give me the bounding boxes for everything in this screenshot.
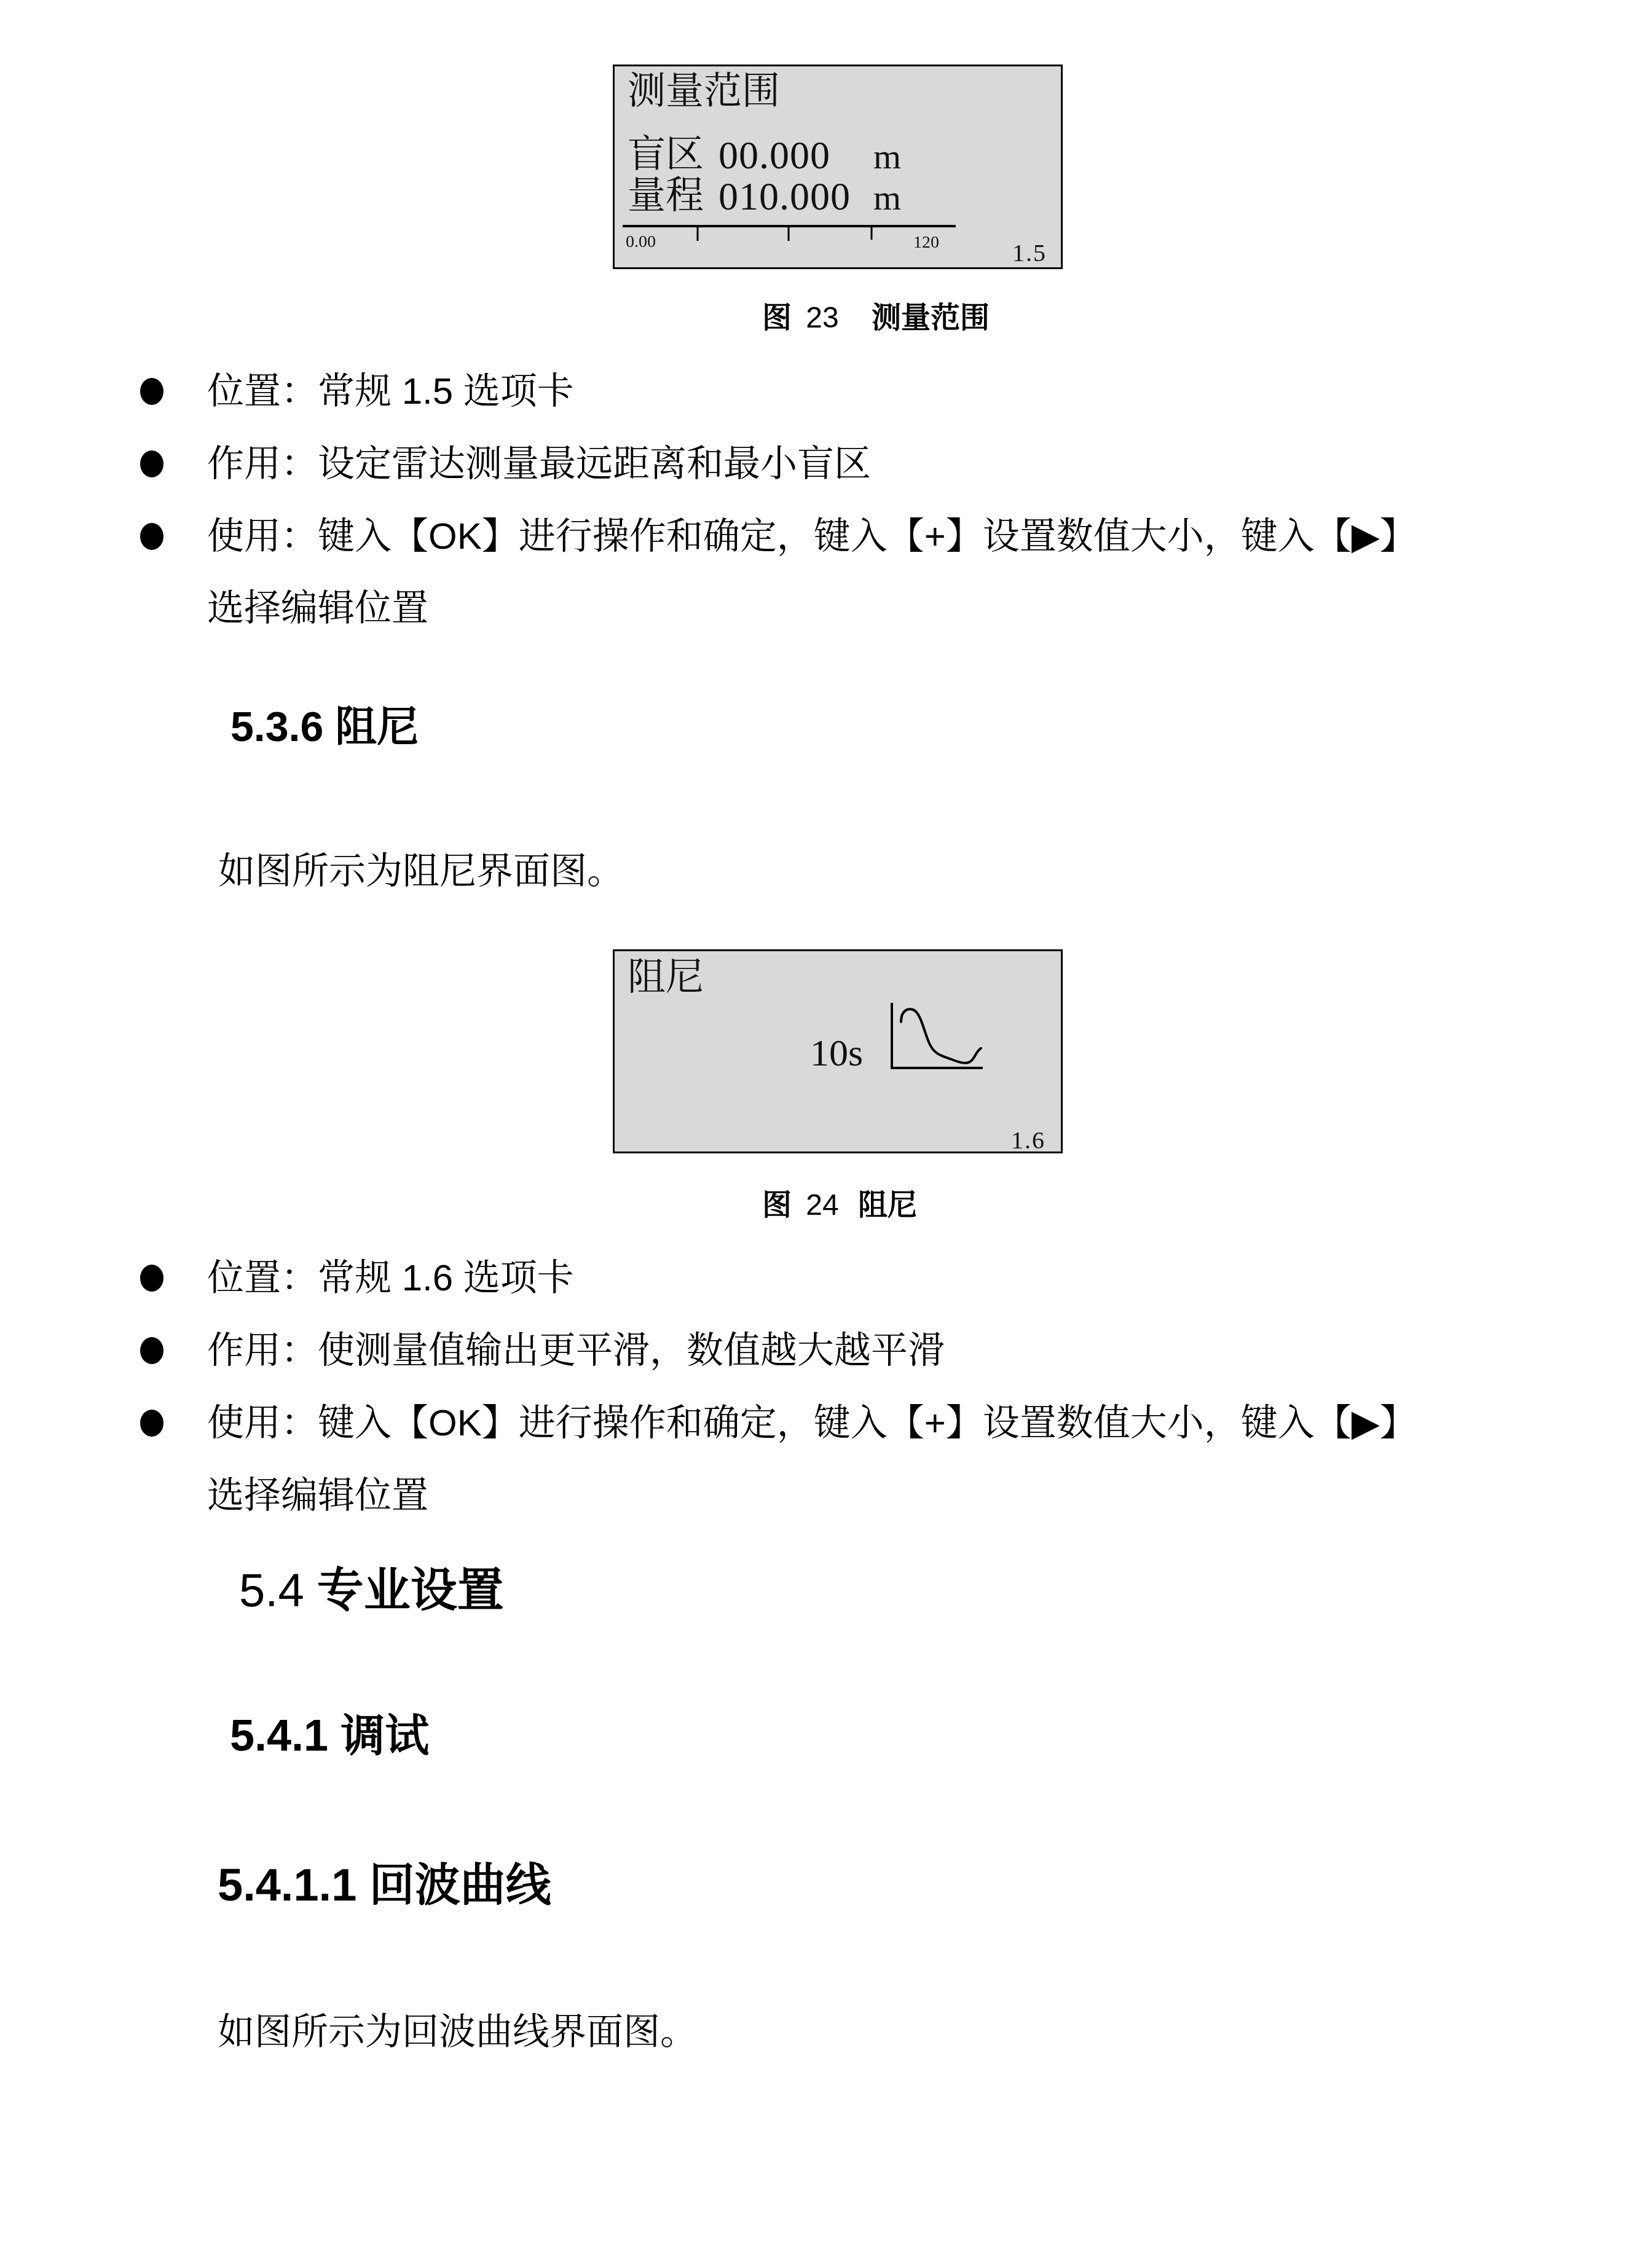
damping-curve-icon: [615, 951, 1061, 1152]
caption-number: 23: [806, 302, 838, 334]
figure-caption-23: 图 23 测量范围: [762, 300, 990, 337]
lcd-damping: 阻尼 10s 1.6: [613, 949, 1063, 1153]
section-heading-5-4-1-1: 5.4.1.1 回波曲线: [218, 1858, 551, 1913]
caption-title: 阻尼: [858, 1189, 917, 1222]
caption-prefix: 图: [762, 302, 792, 334]
lcd-tab-number: 1.5: [1012, 241, 1047, 265]
caption-prefix: 图: [762, 1189, 792, 1222]
bullet-function: 作用：设定雷达测量最远距离和最小盲区: [207, 442, 871, 485]
section-intro-damping: 如图所示为阻尼界面图。: [218, 850, 624, 893]
scale-min-label: 0.00: [626, 233, 656, 251]
section-title: 专业设置: [317, 1564, 504, 1617]
scale-bar-icon: [615, 66, 1061, 267]
section-number: 5.4: [239, 1564, 304, 1617]
bullet-icon: [140, 1410, 163, 1437]
section-intro-echo-curve: 如图所示为回波曲线界面图。: [218, 2011, 697, 2054]
bullet-location: 位置：常规 1.5 选项卡: [207, 370, 574, 413]
bullet-location: 位置：常规 1.6 选项卡: [207, 1257, 574, 1300]
scale-max-label: 120: [913, 234, 939, 251]
section-heading-5-4: 5.4 专业设置: [239, 1563, 504, 1619]
bullet-icon: [140, 523, 163, 550]
bullet-icon: [140, 378, 163, 405]
section-heading-5-3-6: 5.3.6 阻尼: [230, 702, 419, 751]
bullet-usage-continued: 选择编辑位置: [207, 587, 428, 630]
bullet-usage-continued: 选择编辑位置: [207, 1474, 428, 1517]
lcd-tab-number: 1.6: [1011, 1128, 1045, 1153]
bullet-function: 作用：使测量值输出更平滑，数值越大越平滑: [207, 1329, 945, 1372]
caption-title: 测量范围: [872, 302, 990, 334]
lcd-measure-range: 测量范围 盲区 00.000 m 量程 010.000 m 0.00 120 1…: [613, 65, 1063, 269]
section-heading-5-4-1: 5.4.1 调试: [230, 1711, 429, 1760]
bullet-icon: [140, 1337, 163, 1364]
caption-number: 24: [806, 1189, 838, 1222]
bullet-usage: 使用：键入【OK】进行操作和确定，键入【+】设置数值大小，键入【▶】: [207, 515, 1417, 558]
bullet-icon: [140, 450, 163, 477]
figure-caption-24: 图 24 阻尼: [762, 1187, 917, 1224]
bullet-usage: 使用：键入【OK】进行操作和确定，键入【+】设置数值大小，键入【▶】: [207, 1402, 1417, 1445]
bullet-icon: [140, 1265, 163, 1292]
